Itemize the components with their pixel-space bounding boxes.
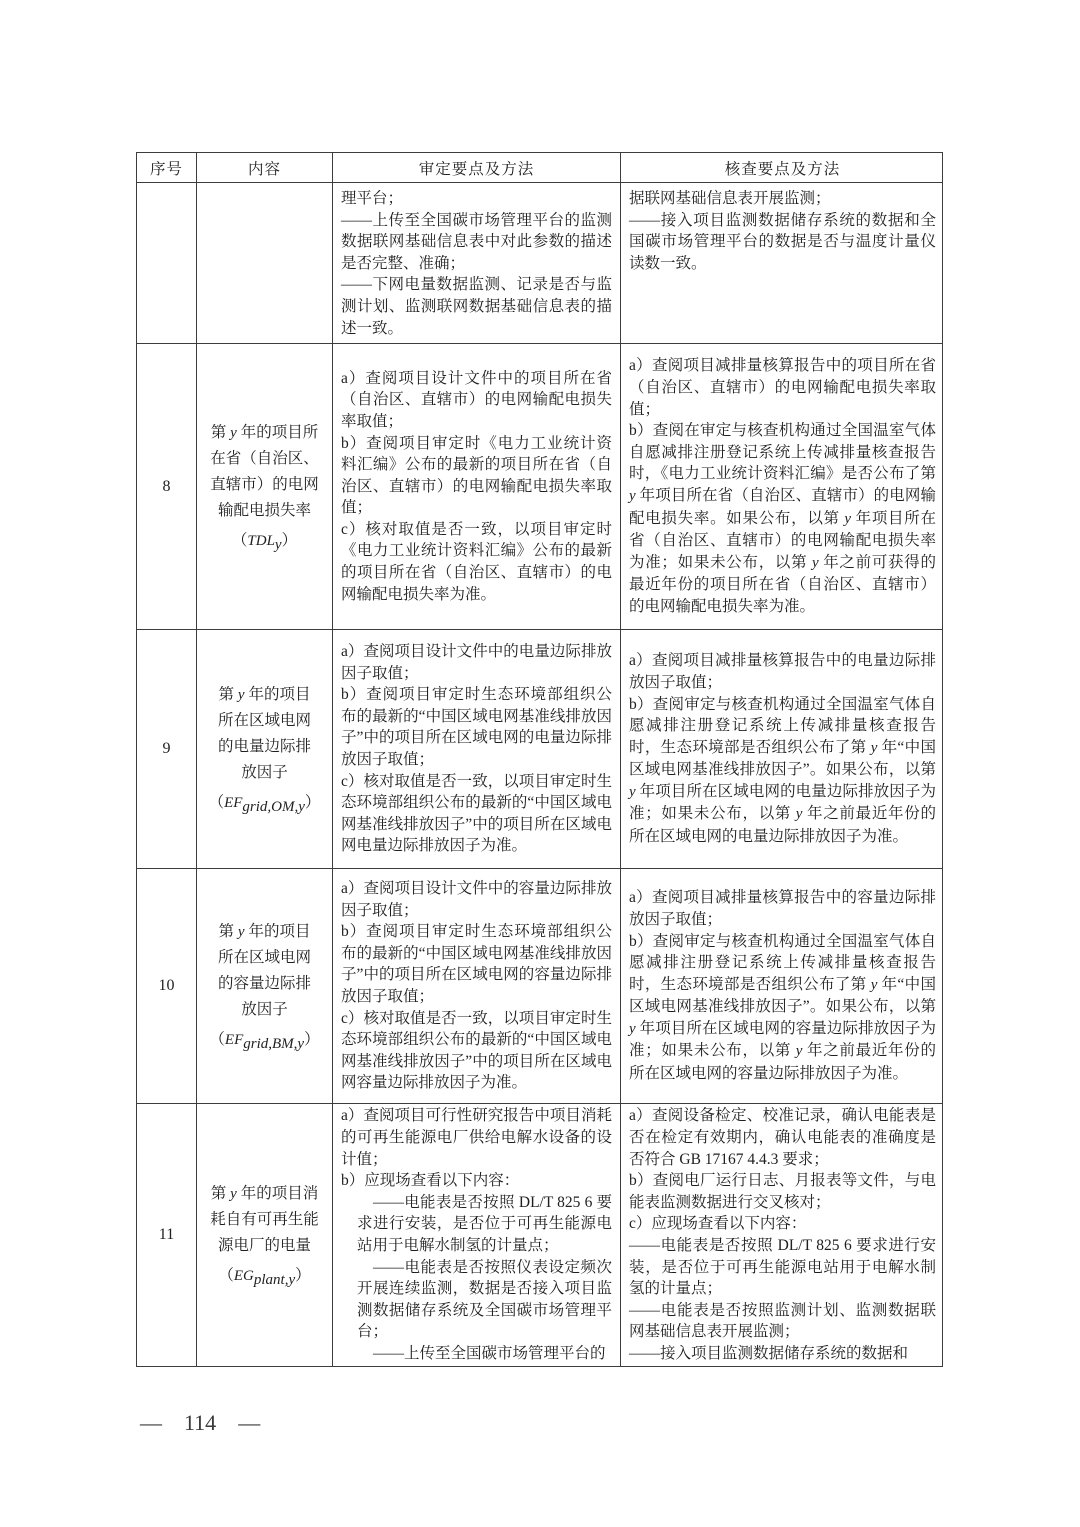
paragraph: 理平台； [341,188,612,210]
paragraph: b）查阅审定与核查机构通过全国温室气体自愿减排注册登记系统上传减排量核查报告时，… [629,694,936,848]
paragraph: ——下网电量数据监测、记录是否与监测计划、监测联网数据基础信息表的描述一致。 [341,274,612,339]
paragraph: 据联网基础信息表开展监测； [629,188,936,210]
parameter-formula: （EGplant,y） [218,1263,310,1289]
cell-content [197,183,333,343]
row-number: 10 [159,977,175,995]
column-header-content: 内容 [197,153,333,182]
paragraph: c）应现场查看以下内容： [629,1213,936,1235]
cell-content: 第 y 年的项目所在省（自治区、直辖市）的电网输配电损失率（TDLy） [197,344,333,629]
footer-dash-right: — [238,1410,260,1436]
table-row: 8第 y 年的项目所在省（自治区、直辖市）的电网输配电损失率（TDLy）a）查阅… [137,344,942,630]
paragraph: a）查阅项目减排量核算报告中的容量边际排放因子取值； [629,887,936,930]
content-line: 放因子 [241,760,288,786]
review-points-table: 序号 内容 审定要点及方法 核查要点及方法 理平台；——上传至全国碳市场管理平台… [136,152,943,1367]
paragraph: a）查阅项目设计文件中的项目所在省（自治区、直辖市）的电网输配电损失率取值； [341,368,612,433]
paragraph: ——电能表是否按照 DL/T 825 6 要求进行安装，是否位于可再生能源电站用… [341,1192,612,1257]
cell-verification: a）查阅项目减排量核算报告中的项目所在省（自治区、直辖市）的电网输配电损失率取值… [621,344,944,629]
paragraph: b）查阅项目审定时生态环境部组织公布的最新的“中国区域电网基准线排放因子”中的项… [341,921,612,1007]
paragraph: ——电能表是否按照监测计划、监测数据联网基础信息表开展监测； [629,1300,936,1343]
content-line: 直辖市）的电网 [210,472,319,498]
paragraph: ——接入项目监测数据储存系统的数据和 [629,1343,936,1365]
table-row: 11第 y 年的项目消耗自有可再生能源电厂的电量（EGplant,y）a）查阅项… [137,1104,942,1366]
paragraph: ——电能表是否按照仪表设定频次开展连续监测，数据是否接入项目监测数据储存系统及全… [341,1257,612,1343]
content-line: 所在区域电网 [218,708,311,734]
parameter-formula: （EFgrid,BM,y） [209,1027,319,1053]
row-number: 9 [163,740,171,758]
content-line: 第 y 年的项目消 [211,1181,318,1207]
content-line: 第 y 年的项目 [219,919,311,945]
row-number: 8 [163,478,171,496]
cell-serial: 10 [137,869,197,1103]
paragraph: a）查阅设备检定、校准记录，确认电能表是否在检定有效期内，确认电能表的准确度是否… [629,1105,936,1170]
column-header-verification: 核查要点及方法 [621,153,944,182]
paragraph: b）查阅审定与核查机构通过全国温室气体自愿减排注册登记系统上传减排量核查报告时，… [629,931,936,1085]
content-line: 第 y 年的项目 [219,682,311,708]
paragraph: b）查阅电厂运行日志、月报表等文件，与电能表监测数据进行交叉核对； [629,1170,936,1213]
parameter-formula: （TDLy） [232,528,297,554]
cell-content: 第 y 年的项目所在区域电网的电量边际排放因子（EFgrid,OM,y） [197,630,333,868]
cell-validation: a）查阅项目可行性研究报告中项目消耗的可再生能源电厂供给电解水设备的设计值；b）… [333,1104,621,1366]
content-line: 的容量边际排 [218,971,311,997]
content-line: 所在区域电网 [218,945,311,971]
content-line: 第 y 年的项目所 [211,420,318,446]
cell-validation: 理平台；——上传至全国碳市场管理平台的监测数据联网基础信息表中对此参数的描述是否… [333,183,621,343]
column-header-serial: 序号 [137,153,197,182]
cell-serial: 9 [137,630,197,868]
content-line: 在省（自治区、 [210,446,319,472]
paragraph: ——接入项目监测数据储存系统的数据和全国碳市场管理平台的数据是否与温度计量仪读数… [629,210,936,275]
cell-validation: a）查阅项目设计文件中的项目所在省（自治区、直辖市）的电网输配电损失率取值；b）… [333,344,621,629]
paragraph: a）查阅项目减排量核算报告中的电量边际排放因子取值； [629,650,936,693]
table-row: 9第 y 年的项目所在区域电网的电量边际排放因子（EFgrid,OM,y）a）查… [137,630,942,869]
content-line: 输配电损失率 [218,498,311,524]
paragraph: ——电能表是否按照 DL/T 825 6 要求进行安装，是否位于可再生能源电站用… [629,1235,936,1300]
paragraph: a）查阅项目设计文件中的电量边际排放因子取值； [341,641,612,684]
cell-verification: a）查阅项目减排量核算报告中的电量边际排放因子取值；b）查阅审定与核查机构通过全… [621,630,944,868]
cell-validation: a）查阅项目设计文件中的容量边际排放因子取值；b）查阅项目审定时生态环境部组织公… [333,869,621,1103]
page-number: 114 [184,1410,216,1436]
paragraph: b）查阅在审定与核查机构通过全国温室气体自愿减排注册登记系统上传减排量核查报告时… [629,420,936,617]
paragraph: c）核对取值是否一致，以项目审定时生态环境部组织公布的最新的“中国区域电网基准线… [341,1008,612,1094]
content-line: 的电量边际排 [218,734,311,760]
content-line: 耗自有可再生能 [210,1207,319,1233]
paragraph: b）查阅项目审定时生态环境部组织公布的最新的“中国区域电网基准线排放因子”中的项… [341,684,612,770]
content-line: 源电厂的电量 [218,1233,311,1259]
paragraph: ——上传至全国碳市场管理平台的 [341,1343,612,1365]
content-line: 放因子 [241,997,288,1023]
cell-content: 第 y 年的项目消耗自有可再生能源电厂的电量（EGplant,y） [197,1104,333,1366]
table-body: 理平台；——上传至全国碳市场管理平台的监测数据联网基础信息表中对此参数的描述是否… [137,183,942,1366]
cell-content: 第 y 年的项目所在区域电网的容量边际排放因子（EFgrid,BM,y） [197,869,333,1103]
paragraph: b）应现场查看以下内容： [341,1170,612,1192]
column-header-validation: 审定要点及方法 [333,153,621,182]
paragraph: c）核对取值是否一致，以项目审定时《电力工业统计资料汇编》公布的最新的项目所在省… [341,519,612,605]
cell-verification: a）查阅设备检定、校准记录，确认电能表是否在检定有效期内，确认电能表的准确度是否… [621,1104,944,1366]
page-footer: — 114 — [140,1410,260,1436]
footer-dash-left: — [140,1410,162,1436]
parameter-formula: （EFgrid,OM,y） [209,790,321,816]
paragraph: b）查阅项目审定时《电力工业统计资料汇编》公布的最新的项目所在省（自治区、直辖市… [341,433,612,519]
cell-validation: a）查阅项目设计文件中的电量边际排放因子取值；b）查阅项目审定时生态环境部组织公… [333,630,621,868]
cell-serial: 11 [137,1104,197,1366]
cell-verification: 据联网基础信息表开展监测；——接入项目监测数据储存系统的数据和全国碳市场管理平台… [621,183,944,343]
row-number: 11 [159,1226,174,1244]
cell-serial: 8 [137,344,197,629]
paragraph: a）查阅项目减排量核算报告中的项目所在省（自治区、直辖市）的电网输配电损失率取值… [629,355,936,420]
paragraph: a）查阅项目可行性研究报告中项目消耗的可再生能源电厂供给电解水设备的设计值； [341,1105,612,1170]
table-row: 10第 y 年的项目所在区域电网的容量边际排放因子（EFgrid,BM,y）a）… [137,869,942,1104]
table-header-row: 序号 内容 审定要点及方法 核查要点及方法 [137,153,942,183]
paragraph: ——上传至全国碳市场管理平台的监测数据联网基础信息表中对此参数的描述是否完整、准… [341,210,612,275]
cell-verification: a）查阅项目减排量核算报告中的容量边际排放因子取值；b）查阅审定与核查机构通过全… [621,869,944,1103]
table-row: 理平台；——上传至全国碳市场管理平台的监测数据联网基础信息表中对此参数的描述是否… [137,183,942,344]
paragraph: a）查阅项目设计文件中的容量边际排放因子取值； [341,878,612,921]
cell-serial [137,183,197,343]
paragraph: c）核对取值是否一致，以项目审定时生态环境部组织公布的最新的“中国区域电网基准线… [341,771,612,857]
